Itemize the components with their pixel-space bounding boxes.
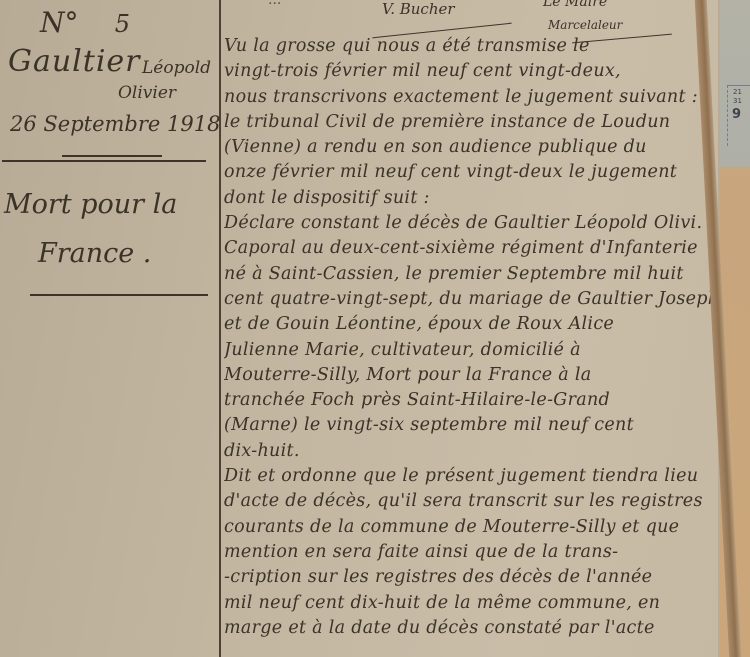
signature-title-maire: Le Maire [543, 0, 607, 10]
entry-number-value: 5 [115, 10, 130, 38]
body-line: mention en sera faite ainsi que de la tr… [224, 540, 720, 565]
body-line: (Marne) le vingt-six septembre mil neuf … [224, 413, 720, 438]
margin-rule [219, 0, 221, 657]
body-line: Dit et ordonne que le présent jugement t… [224, 464, 720, 489]
mention-mort-pour-la-france-1: Mort pour la [4, 189, 177, 220]
body-line: courants de la commune de Mouterre-Silly… [224, 515, 720, 540]
partial-signature-left: ... [268, 0, 281, 8]
deceased-surname: Gaultier [8, 44, 141, 79]
death-date: 26 Septembre 1918 [10, 112, 220, 136]
body-line: d'acte de décès, qu'il sera transcrit su… [224, 489, 720, 514]
entry-number-label: N° [40, 6, 79, 39]
date-underline [62, 155, 162, 157]
mention-mort-pour-la-france-2: France . [38, 238, 151, 269]
signature-bucher: V. Bucher [382, 0, 455, 18]
body-line: né à Saint-Cassien, le premier Septembre… [224, 262, 720, 287]
body-line: marge et à la date du décès constaté par… [224, 616, 720, 641]
stamp-line-1: 21 [733, 88, 750, 96]
body-line: Caporal au deux-cent-sixième régiment d'… [224, 236, 720, 261]
body-line: Mouterre-Silly, Mort pour la France à la [224, 363, 720, 388]
body-line: mil neuf cent dix-huit de la même commun… [224, 591, 720, 616]
stamp-number: 9 [732, 107, 750, 122]
body-line: onze février mil neuf cent vingt-deux le… [224, 160, 720, 185]
body-line: dix-huit. [224, 439, 720, 464]
deceased-given-name-2: Olivier [118, 83, 176, 103]
margin-divider-2 [30, 294, 208, 296]
body-line: tranchée Foch près Saint-Hilaire-le-Gran… [224, 388, 720, 413]
body-line: Julienne Marie, cultivateur, domicilié à [224, 338, 720, 363]
body-line: nous transcrivons exactement le jugement… [224, 85, 720, 110]
signature-mayor: Marcelaleur [548, 18, 622, 32]
body-line: Vu la grosse qui nous a été transmise le [224, 34, 720, 59]
body-line: et de Gouin Léontine, époux de Roux Alic… [224, 312, 720, 337]
entry-number: N° 5 [40, 6, 130, 39]
register-page: N° 5 Gaultier Léopold Olivier 26 Septemb… [0, 0, 718, 657]
body-line: cent quatre-vingt-sept, du mariage de Ga… [224, 287, 720, 312]
body-line: dont le dispositif suit : [224, 186, 720, 211]
body-line: vingt-trois février mil neuf cent vingt-… [224, 59, 720, 84]
deceased-given-name-1: Léopold [142, 58, 211, 78]
body-line: Déclare constant le décès de Gaultier Lé… [224, 211, 720, 236]
body-line: le tribunal Civil de première instance d… [224, 110, 720, 135]
body-line: (Vienne) a rendu en son audience publiqu… [224, 135, 720, 160]
body-line: -cription sur les registres des décès de… [224, 565, 720, 590]
archive-stamp: 21 31 9 [727, 85, 750, 146]
transcription-body: Vu la grosse qui nous a été transmise le… [224, 34, 720, 641]
margin-divider-1 [2, 160, 206, 162]
stamp-line-2: 31 [733, 97, 750, 105]
